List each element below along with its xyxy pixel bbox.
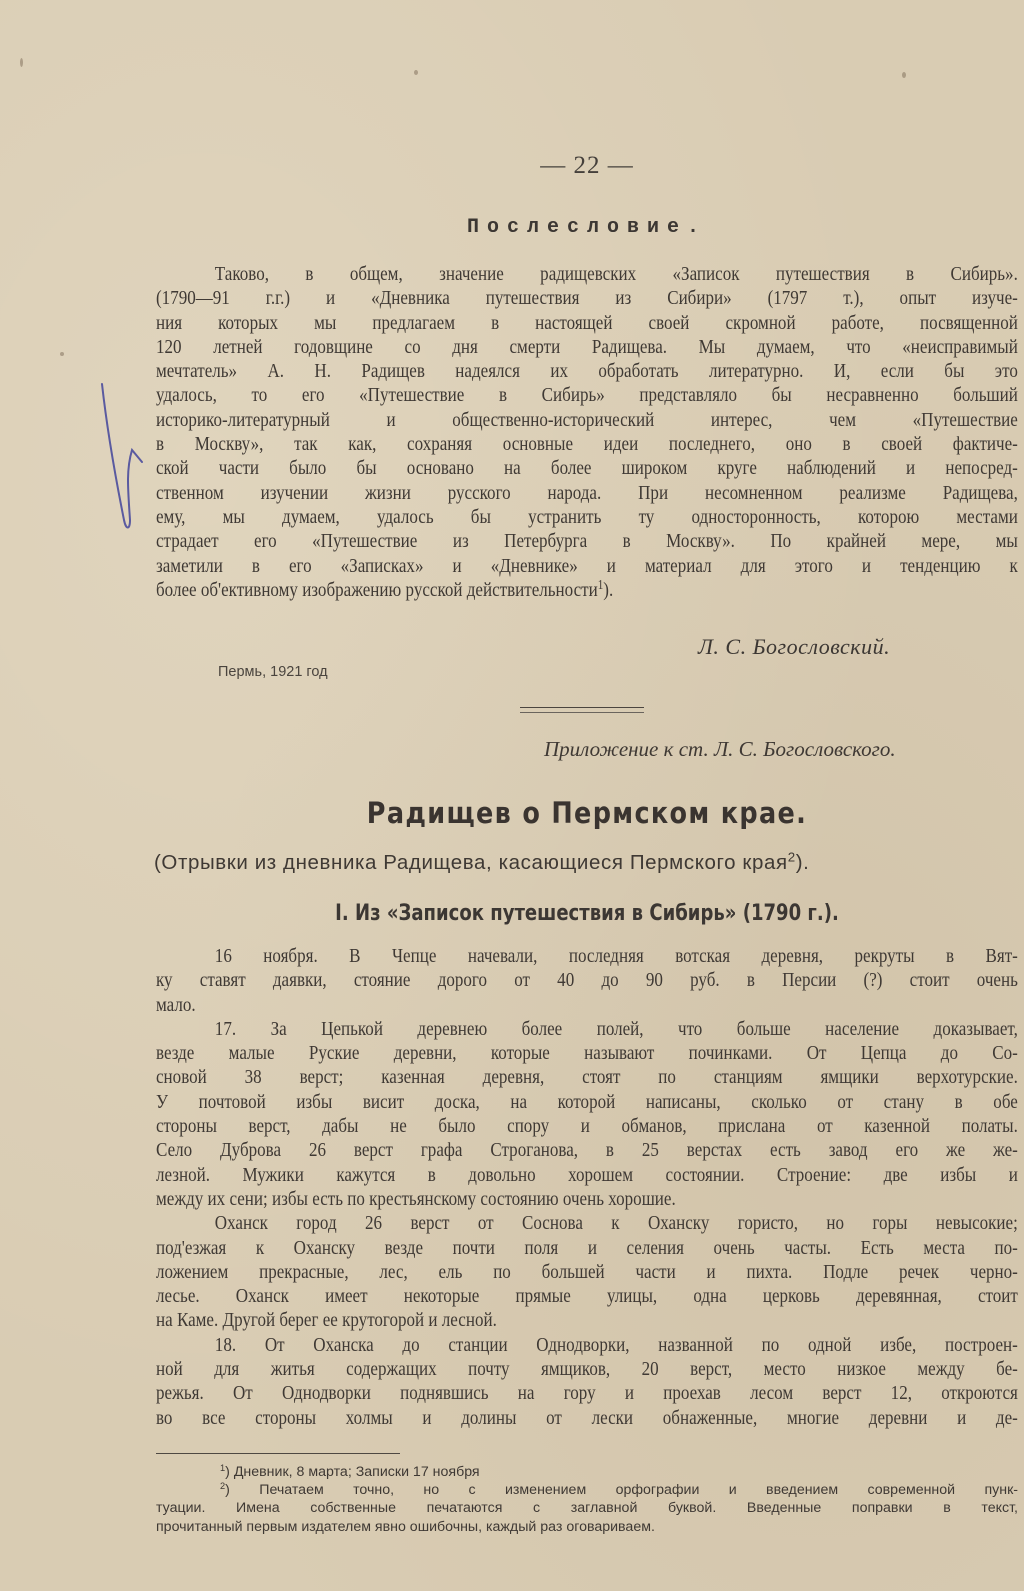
- appendix-subtitle: (Отрывки из дневника Радищева, касающиес…: [154, 851, 809, 875]
- text-line: У почтовой избы висит доска, на которой …: [156, 1090, 1018, 1114]
- text-line: между их сени; избы есть по крестьянском…: [156, 1187, 1018, 1211]
- text-line: заметили в его «Записках» и «Дневнике» и…: [156, 554, 1018, 578]
- text-line: 120 летней годовщине со дня смерти Радищ…: [156, 335, 1018, 359]
- text-line: ему, мы думаем, удалось бы устранить ту …: [156, 505, 1018, 529]
- text-line: ку ставят даявки, стояние дорого от 40 д…: [156, 968, 1018, 992]
- text-line: везде малые Руские деревни, которые назы…: [156, 1041, 1018, 1065]
- subtitle-text: (Отрывки из дневника Радищева, касающиес…: [154, 851, 788, 874]
- paper-speck: [414, 70, 418, 75]
- text-line: стороны верст, дабы не было спору и обма…: [156, 1114, 1018, 1138]
- text-line: историко-литературный и общественно-исто…: [156, 408, 1018, 432]
- document-page: — 22 — Послесловие. Таково, в общем, зна…: [0, 0, 1024, 1591]
- text-line: 16 ноября. В Чепце начевали, последняя в…: [156, 944, 1018, 968]
- paper-speck: [902, 72, 906, 78]
- paper-speck: [20, 58, 23, 67]
- footnote-1: 1) Дневник, 8 марта; Записки 17 ноября: [156, 1463, 1018, 1481]
- section-divider: [520, 707, 644, 713]
- appendix-title: Радищев о Пермском крае.: [70, 796, 1024, 830]
- place-date: Пермь, 1921 год: [218, 664, 328, 680]
- footnotes: 1) Дневник, 8 марта; Записки 17 ноября 2…: [156, 1463, 1018, 1536]
- text-line: удалось, то его «Путешествие в Сибирь» п…: [156, 383, 1018, 407]
- text-line-content: более об'ективному изображению русской д…: [156, 579, 598, 601]
- text-line: Оханск город 26 верст от Соснова к Оханс…: [156, 1211, 1018, 1235]
- handwritten-pen-mark-icon: [92, 380, 152, 540]
- text-line: ложением прекрасные, лес, ель по большей…: [156, 1260, 1018, 1284]
- text-line: мечтатель» А. Н. Радищев надеялся их обр…: [156, 359, 1018, 383]
- text-line: Таково, в общем, значение радищевских «З…: [156, 262, 1018, 286]
- footnote-separator: [156, 1453, 400, 1454]
- text-line: ственном изучении жизни русского народа.…: [156, 481, 1018, 505]
- text-line: 17. За Цепькой деревнею более полей, что…: [156, 1017, 1018, 1041]
- afterword-heading: Послесловие.: [0, 216, 1024, 239]
- footnote-marker: 2: [220, 1481, 225, 1491]
- text-line: мало.: [156, 993, 1018, 1017]
- text-line: под'езжая к Оханску везде почти поля и с…: [156, 1236, 1018, 1260]
- text-line: режья. От Однодворки поднявшись на гору …: [156, 1381, 1018, 1405]
- text-line: ной для житья содержащих почту ямщиков, …: [156, 1357, 1018, 1381]
- text-line: ния которых мы предлагаем в настоящей св…: [156, 311, 1018, 335]
- footnote-line: прочитанный первым издателем явно ошибоч…: [156, 1518, 1018, 1536]
- paper-speck: [60, 352, 64, 356]
- text-line: страдает его «Путешествие из Петербурга …: [156, 529, 1018, 553]
- diary-entries: 16 ноября. В Чепце начевали, последняя в…: [156, 944, 880, 1430]
- text-line: сновой 38 верст; казенная деревня, стоят…: [156, 1065, 1018, 1089]
- footnote-text: Печатаем точно, но с изменением орфограф…: [259, 1482, 1018, 1498]
- text-line: во все стороны холмы и долины от лески о…: [156, 1406, 1018, 1430]
- text-line: Село Дуброва 26 верст графа Строганова, …: [156, 1138, 1018, 1162]
- text-line: лесье. Оханск имеет некоторые прямые ули…: [156, 1284, 1018, 1308]
- text-line: более об'ективному изображению русской д…: [156, 578, 1018, 602]
- author-signature: Л. С. Богословский.: [698, 634, 890, 660]
- footnote-text: Дневник, 8 марта; Записки 17 ноября: [234, 1464, 480, 1480]
- footnote-marker: 1: [220, 1463, 225, 1473]
- subtitle-tail: ).: [796, 851, 810, 874]
- footnote-2: 2) Печатаем точно, но с изменением орфог…: [156, 1481, 1018, 1499]
- text-line-tail: ).: [603, 579, 613, 601]
- section-heading: I. Из «Записок путешествия в Сибирь» (17…: [106, 901, 1024, 926]
- footnote-line: туации. Имена собственные печатаются с з…: [156, 1499, 1018, 1517]
- text-line: ской части было бы основано на более шир…: [156, 456, 1018, 480]
- text-line: на Каме. Другой берег ее крутогорой и ле…: [156, 1308, 1018, 1332]
- footnote-ref: 2: [788, 850, 796, 865]
- page-number: — 22 —: [0, 152, 1024, 180]
- text-line: 18. От Оханска до станции Однодворки, на…: [156, 1333, 1018, 1357]
- text-line: (1790—91 г.г.) и «Дневника путешествия и…: [156, 286, 1018, 310]
- afterword-paragraph: Таково, в общем, значение радищевских «З…: [156, 262, 880, 602]
- text-line: в Москву», так как, сохраняя основные ид…: [156, 432, 1018, 456]
- appendix-note: Приложение к ст. Л. С. Богословского.: [544, 737, 896, 762]
- text-line: лезной. Мужики кажутся в довольно хороше…: [156, 1163, 1018, 1187]
